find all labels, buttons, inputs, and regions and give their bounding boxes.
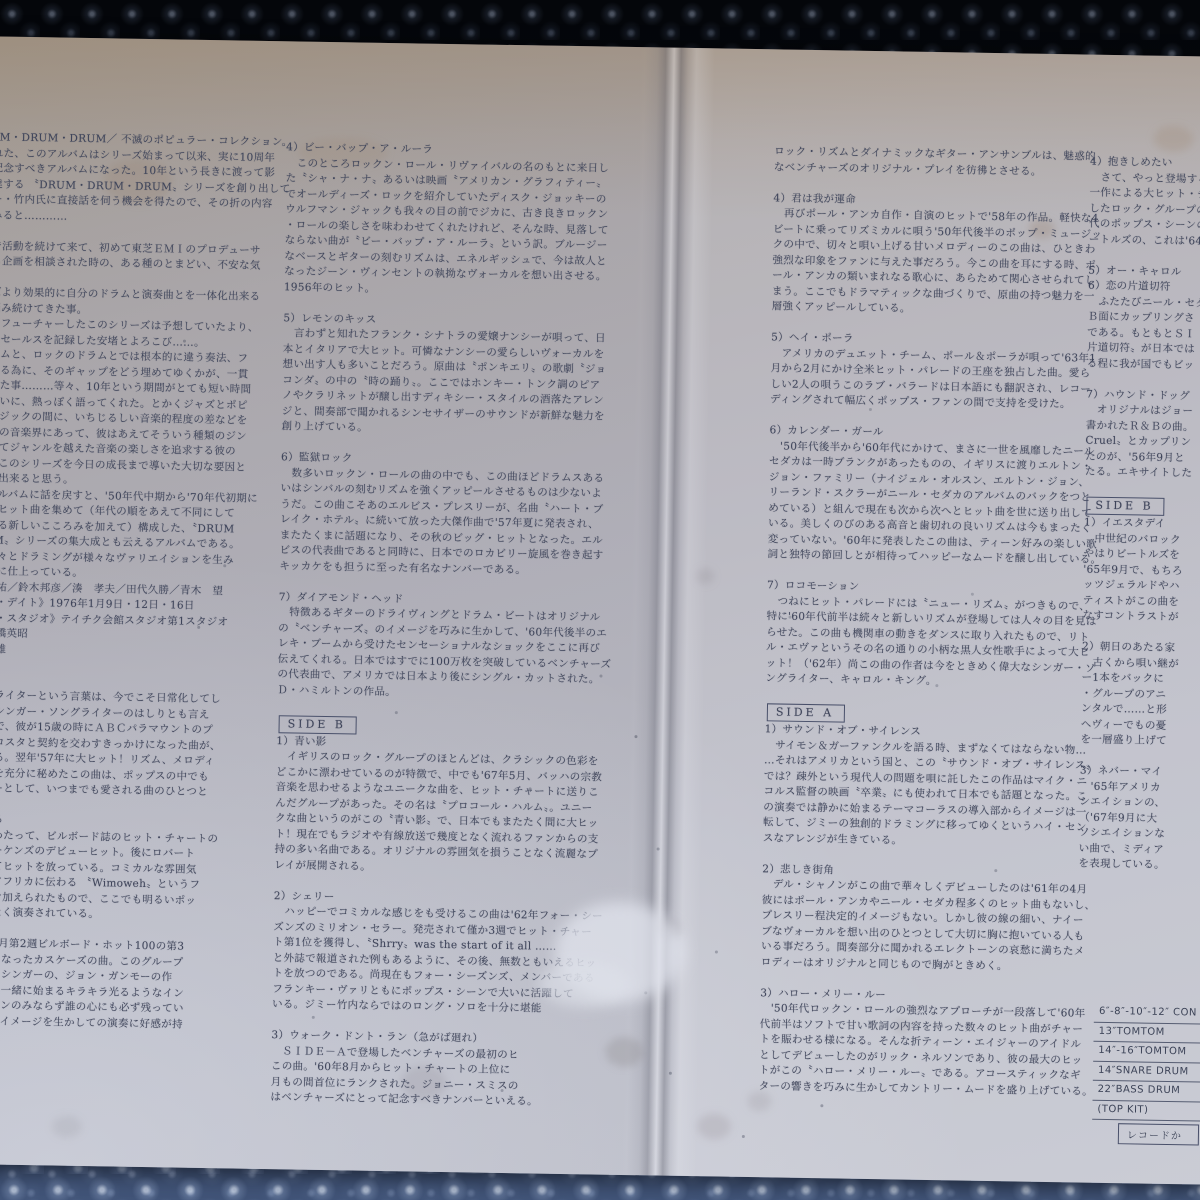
left-page-column-1: RUM・DRUM・DRUM／ 不滅のポピュラー・コレクション。たれた、このアルバ… xyxy=(0,130,278,1034)
drum-table-row: (TOP KIT) xyxy=(1092,1100,1200,1122)
text-line: ートルズの、これは'64年 xyxy=(1089,232,1200,250)
gatefold-crease xyxy=(626,47,715,1176)
stain xyxy=(697,1113,731,1140)
right-page-column-2: 4）抱きしめたい さて、やっと登場する一作による大ヒット・チしたロック・グループ… xyxy=(1078,155,1200,875)
side-label: SIDE B xyxy=(1086,497,1165,516)
right-page-column-1: ロック・リズムとダイナミックなギター・アンサンブルは、魅惑的なベンチャーズのオリ… xyxy=(759,144,1095,1099)
text-line: を一層盛り上げて xyxy=(1080,733,1200,751)
text-line: たる。エキサイトした xyxy=(1085,465,1200,483)
text-line: る程に我が国でもビッ xyxy=(1087,356,1200,374)
stain xyxy=(52,1116,82,1138)
record-note-box: レコードか xyxy=(1118,1123,1199,1145)
side-label: SIDE A xyxy=(767,703,845,722)
text-line: を表現している。 xyxy=(1078,856,1200,874)
side-label: SIDE B xyxy=(278,715,357,734)
stain xyxy=(1153,126,1193,153)
drum-kit-table: 6″-8″-10″-12″ CON13″TOMTOM14″-16″TOMTOM1… xyxy=(1092,1003,1200,1123)
stain xyxy=(696,568,714,584)
text-line: なすコントラストが xyxy=(1082,609,1200,627)
liner-notes-sheet: RUM・DRUM・DRUM／ 不滅のポピュラー・コレクション。たれた、このアルバ… xyxy=(0,36,1200,1185)
photo-scene: RUM・DRUM・DRUM／ 不滅のポピュラー・コレクション。たれた、このアルバ… xyxy=(0,0,1200,1200)
